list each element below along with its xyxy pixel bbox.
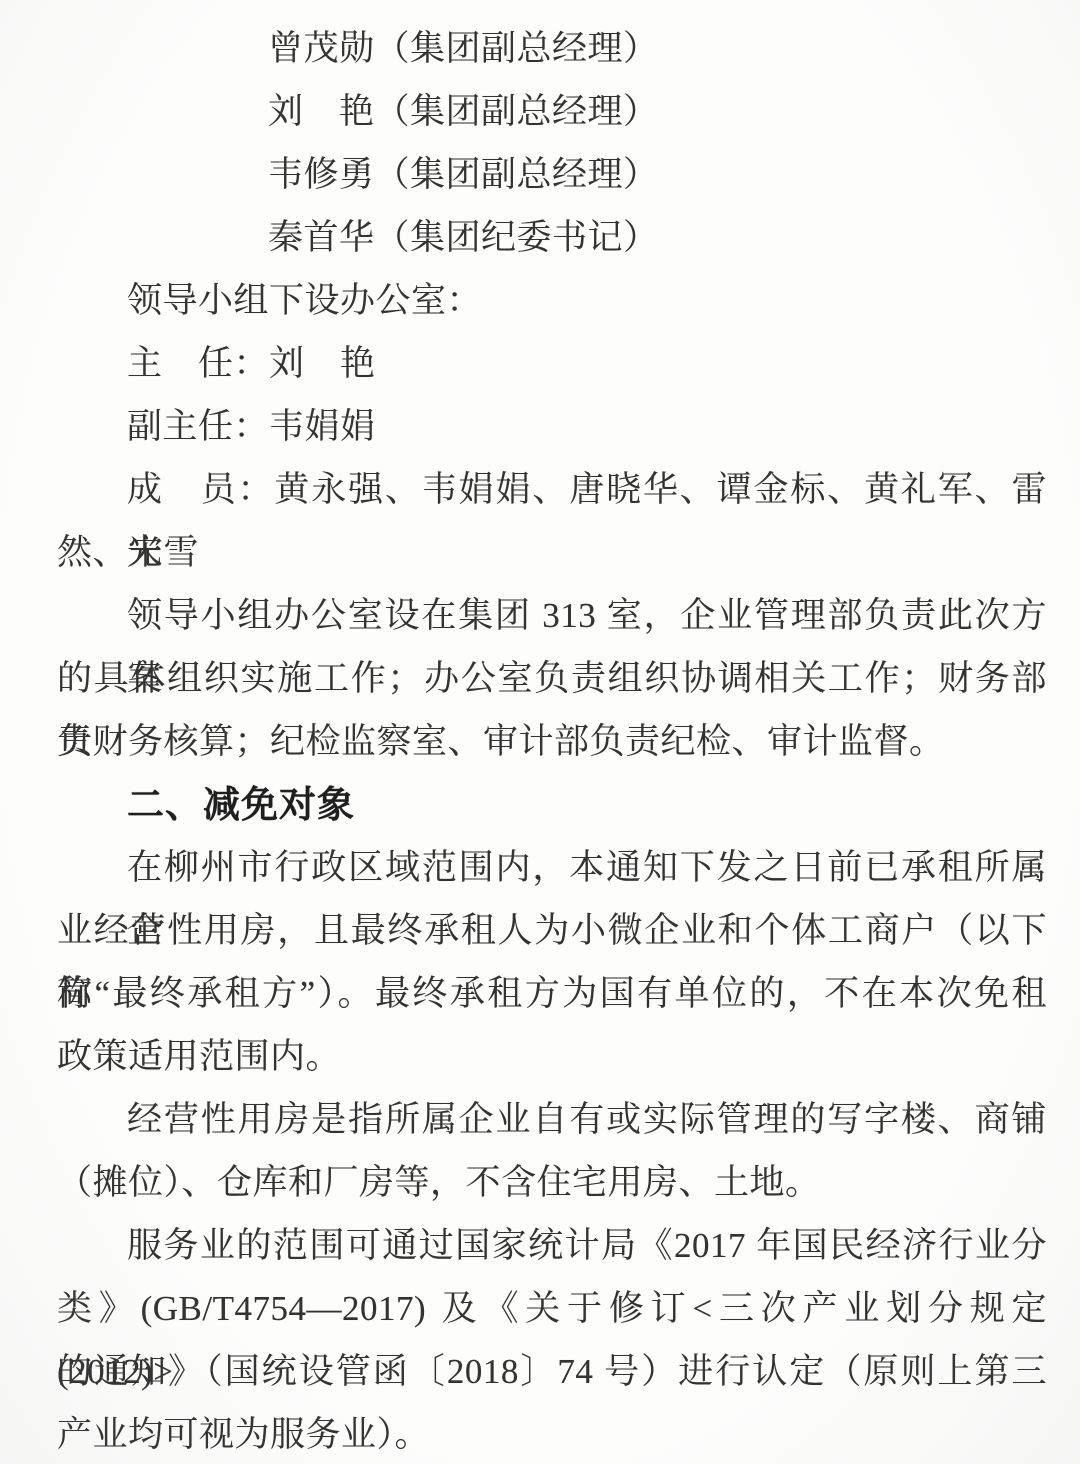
document-text-line: 曾茂勋（集团副总经理） bbox=[57, 17, 1047, 80]
section-heading: 二、减免对象 bbox=[57, 773, 1047, 836]
document-text-line: 主 任：刘 艳 bbox=[57, 332, 1047, 395]
document-text-line: （摊位）、仓库和厂房等，不含住宅用房、土地。 bbox=[57, 1151, 1047, 1214]
document-text-line: 服务业的范围可通过国家统计局《2017 年国民经济行业分 bbox=[57, 1214, 1047, 1277]
document-body: 曾茂勋（集团副总经理）刘 艳（集团副总经理）韦修勇（集团副总经理）秦首华（集团纪… bbox=[57, 17, 1047, 1464]
document-text-line: 的具体组织实施工作；办公室负责组织协调相关工作；财务部负 bbox=[57, 647, 1047, 710]
document-text-line: 然、宋雪 bbox=[57, 521, 1047, 584]
document-text-line: 责财务核算；纪检监察室、审计部负责纪检、审计监督。 bbox=[57, 710, 1047, 773]
document-text-line: 副主任：韦娟娟 bbox=[57, 395, 1047, 458]
document-text-line: 秦首华（集团纪委书记） bbox=[57, 206, 1047, 269]
document-text-line: 成 员：黄永强、韦娟娟、唐晓华、谭金标、黄礼军、雷光 bbox=[57, 458, 1047, 521]
document-text-line: 类》(GB/T4754—2017) 及《关于修订<三次产业划分规定(2012)> bbox=[57, 1277, 1047, 1340]
document-text-line: 经营性用房是指所属企业自有或实际管理的写字楼、商铺 bbox=[57, 1088, 1047, 1151]
document-text-line: 称“最终承租方”）。最终承租方为国有单位的，不在本次免租 bbox=[57, 962, 1047, 1025]
document-text-line: 领导小组办公室设在集团 313 室，企业管理部负责此次方案 bbox=[57, 584, 1047, 647]
document-text-line: 产业均可视为服务业）。 bbox=[57, 1403, 1047, 1464]
document-text-line: 政策适用范围内。 bbox=[57, 1025, 1047, 1088]
document-text-line: 领导小组下设办公室： bbox=[57, 269, 1047, 332]
document-text-line: 业经营性用房，且最终承租人为小微企业和个体工商户（以下简 bbox=[57, 899, 1047, 962]
document-text-line: 韦修勇（集团副总经理） bbox=[57, 143, 1047, 206]
document-text-line: 在柳州市行政区域范围内，本通知下发之日前已承租所属企 bbox=[57, 836, 1047, 899]
scanned-document-page: 曾茂勋（集团副总经理）刘 艳（集团副总经理）韦修勇（集团副总经理）秦首华（集团纪… bbox=[0, 0, 1080, 1464]
document-text-line: 的通知》（国统设管函〔2018〕74 号）进行认定（原则上第三 bbox=[57, 1340, 1047, 1403]
document-text-line: 刘 艳（集团副总经理） bbox=[57, 80, 1047, 143]
